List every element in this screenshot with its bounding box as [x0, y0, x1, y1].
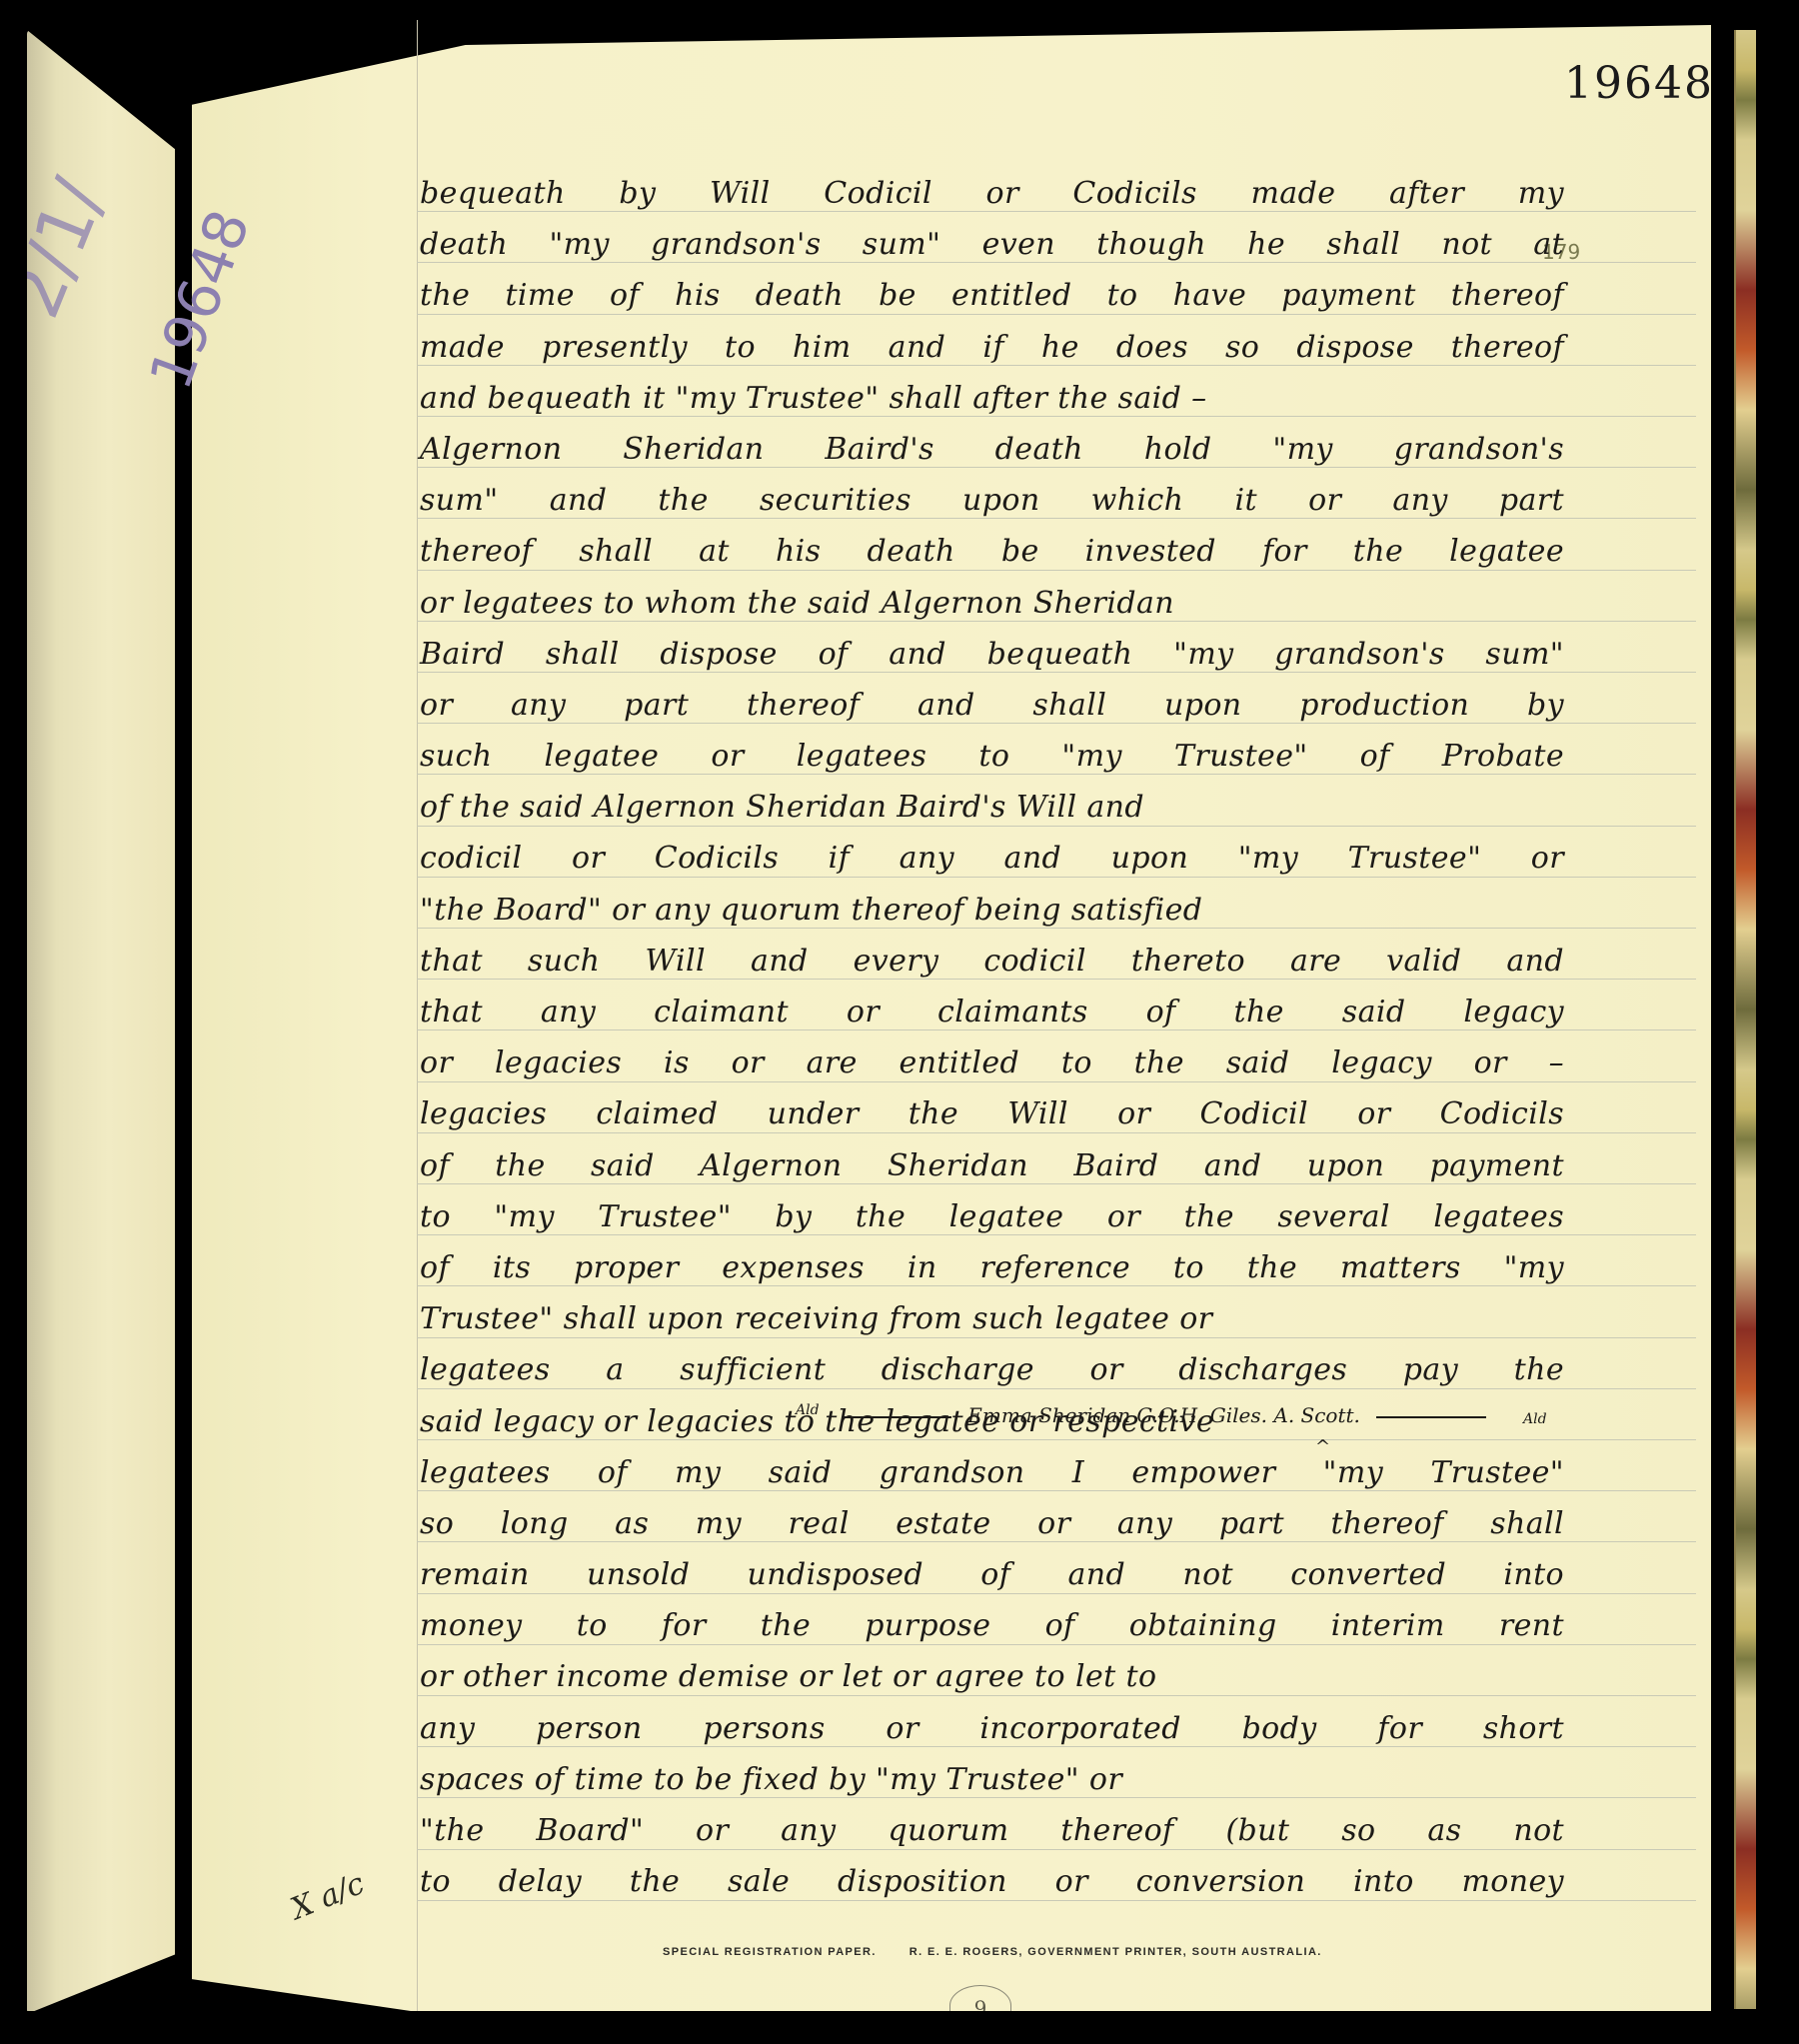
body-line: the time of his death be entitled to hav…: [420, 270, 1564, 321]
handwritten-body: bequeath by Will Codicil or Codicils mad…: [420, 168, 1564, 1907]
body-line: to delay the sale disposition or convers…: [420, 1856, 1564, 1907]
body-line: or legacies is or are entitled to the sa…: [420, 1037, 1564, 1088]
body-line: and bequeath it "my Trustee" shall after…: [420, 373, 1564, 424]
registration-number: 19648: [1564, 58, 1714, 109]
body-line: legatees of my said grandson I empower "…: [420, 1447, 1564, 1498]
underline-stroke: [842, 1416, 951, 1418]
margin-rule: [417, 20, 418, 2014]
body-line: of the said Algernon Sheridan Baird and …: [420, 1140, 1564, 1191]
paper-label: SPECIAL REGISTRATION PAPER.: [663, 1946, 877, 1958]
insertion-caret-icon: ^: [1315, 1436, 1330, 1457]
body-line: money to for the purpose of obtaining in…: [420, 1600, 1564, 1651]
body-line: to "my Trustee" by the legatee or the se…: [420, 1191, 1564, 1242]
body-line: remain unsold undisposed of and not conv…: [420, 1549, 1564, 1600]
body-line: that such Will and every codicil thereto…: [420, 936, 1564, 987]
body-line: or other income demise or let or agree t…: [420, 1651, 1564, 1702]
underline-stroke: [1376, 1416, 1486, 1418]
body-line: or legatees to whom the said Algernon Sh…: [420, 578, 1564, 629]
body-line: such legatee or legatees to "my Trustee"…: [420, 731, 1564, 782]
body-line: codicil or Codicils if any and upon "my …: [420, 833, 1564, 884]
body-line: "the Board" or any quorum thereof (but s…: [420, 1805, 1564, 1856]
interlinear-witness-annotation: Ald Emma Sheridan G.O.H. Giles. A. Scott…: [790, 1403, 1496, 1427]
printer-imprint: SPECIAL REGISTRATION PAPER. R. E. E. ROG…: [663, 1946, 1322, 1958]
body-line: bequeath by Will Codicil or Codicils mad…: [420, 168, 1564, 219]
body-line: made presently to him and if he does so …: [420, 322, 1564, 373]
initials-right: Ald: [1523, 1411, 1547, 1427]
body-line: of the said Algernon Sheridan Baird's Wi…: [420, 782, 1564, 833]
body-line: or any part thereof and shall upon produ…: [420, 680, 1564, 731]
body-line: legatees a sufficient discharge or disch…: [420, 1344, 1564, 1395]
pencil-stamp-annotation: 2/1/: [0, 168, 121, 329]
body-line: Algernon Sheridan Baird's death hold "my…: [420, 424, 1564, 475]
initials-left: Ald: [796, 1402, 820, 1418]
body-line: Baird shall dispose of and bequeath "my …: [420, 629, 1564, 680]
body-line: Trustee" shall upon receiving from such …: [420, 1293, 1564, 1344]
body-line: thereof shall at his death be invested f…: [420, 526, 1564, 577]
printer-name: R. E. E. ROGERS, GOVERNMENT PRINTER, SOU…: [909, 1946, 1322, 1958]
body-line: legacies claimed under the Will or Codic…: [420, 1088, 1564, 1139]
body-line: so long as my real estate or any part th…: [420, 1498, 1564, 1549]
body-line: that any claimant or claimants of the sa…: [420, 987, 1564, 1037]
page-edge-stack: [1734, 30, 1756, 2009]
body-line: sum" and the securities upon which it or…: [420, 475, 1564, 526]
body-line: any person persons or incorporated body …: [420, 1703, 1564, 1754]
body-line: death "my grandson's sum" even though he…: [420, 219, 1564, 270]
witness-names: Emma Sheridan G.O.H. Giles. A. Scott.: [967, 1403, 1360, 1427]
body-line: of its proper expenses in reference to t…: [420, 1242, 1564, 1293]
body-line: spaces of time to be fixed by "my Truste…: [420, 1754, 1564, 1805]
body-line: "the Board" or any quorum thereof being …: [420, 885, 1564, 936]
scan-background: [0, 2011, 1799, 2044]
